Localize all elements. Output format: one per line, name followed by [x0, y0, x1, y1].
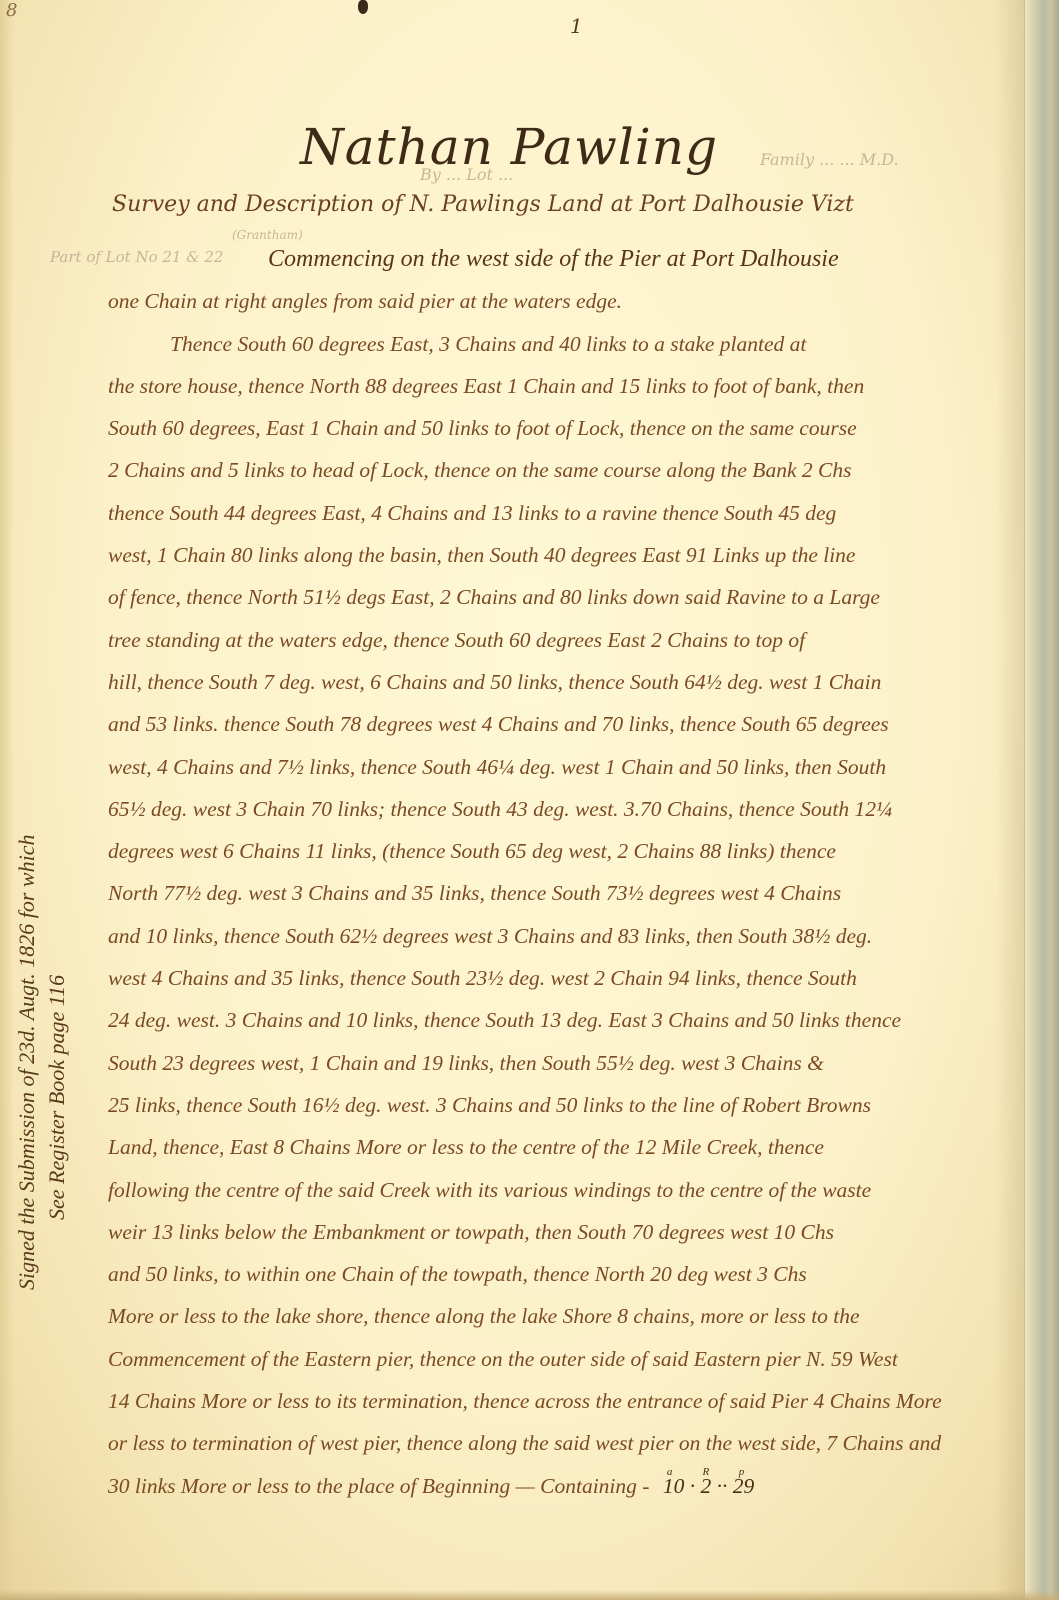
text-line: tree standing at the waters edge, thence…: [108, 619, 1008, 661]
acreage-value: a 10 · R 2 ·· p 29: [663, 1465, 754, 1507]
book-binding: [1024, 0, 1059, 1600]
roods-unit: R: [702, 1451, 709, 1493]
page-title: Nathan Pawling: [300, 118, 740, 176]
text-line: west 4 Chains and 35 links, thence South…: [108, 957, 1008, 999]
text-line: South 60 degrees, East 1 Chain and 50 li…: [108, 407, 1008, 449]
text-line: 65½ deg. west 3 Chain 70 links; thence S…: [108, 788, 1008, 830]
margin-note-line: Signed the Submission of 23d. Augt. 1826…: [12, 490, 42, 1290]
ink-blot: [358, 0, 368, 14]
text-line: 2 Chains and 5 links to head of Lock, th…: [108, 449, 1008, 491]
survey-heading: Survey and Description of N. Pawlings La…: [112, 192, 1002, 217]
text-line: Commencement of the Eastern pier, thence…: [108, 1338, 1008, 1380]
text-line-final: 30 links More or less to the place of Be…: [108, 1465, 1008, 1507]
text-line: Commencing on the west side of the Pier …: [108, 238, 1008, 280]
text-line: Land, thence, East 8 Chains More or less…: [108, 1126, 1008, 1168]
folio-mark: 8: [6, 0, 17, 21]
pencil-annotation: Family ... ... M.D.: [760, 150, 899, 169]
text-line: North 77½ deg. west 3 Chains and 35 link…: [108, 872, 1008, 914]
text-line: or less to termination of west pier, the…: [108, 1422, 1008, 1464]
text-line: 24 deg. west. 3 Chains and 10 links, the…: [108, 999, 1008, 1041]
text-line: 25 links, thence South 16½ deg. west. 3 …: [108, 1084, 1008, 1126]
text-line: and 10 links, thence South 62½ degrees w…: [108, 915, 1008, 957]
pencil-annotation: By ... Lot ...: [420, 165, 513, 184]
page-number: 1: [570, 14, 583, 38]
text-line: degrees west 6 Chains 11 links, (thence …: [108, 830, 1008, 872]
text-line: 30 links More or less to the place of Be…: [108, 1474, 649, 1498]
text-line: following the centre of the said Creek w…: [108, 1169, 1008, 1211]
text-line: hill, thence South 7 deg. west, 6 Chains…: [108, 661, 1008, 703]
text-line: west, 4 Chains and 7½ links, thence Sout…: [108, 746, 1008, 788]
text-line: thence South 44 degrees East, 4 Chains a…: [108, 492, 1008, 534]
text-line: of fence, thence North 51½ degs East, 2 …: [108, 576, 1008, 618]
text-line: 14 Chains More or less to its terminatio…: [108, 1380, 1008, 1422]
text-line: west, 1 Chain 80 links along the basin, …: [108, 534, 1008, 576]
text-line: and 53 links. thence South 78 degrees we…: [108, 703, 1008, 745]
text-line: one Chain at right angles from said pier…: [108, 280, 1008, 322]
text-line: weir 13 links below the Embankment or to…: [108, 1211, 1008, 1253]
text-line: More or less to the lake shore, thence a…: [108, 1295, 1008, 1337]
text-line: Thence South 60 degrees East, 3 Chains a…: [108, 323, 1008, 365]
margin-note-line: See Register Book page 116: [42, 490, 72, 1290]
perches-unit: p: [739, 1451, 745, 1493]
survey-description: Commencing on the west side of the Pier …: [108, 238, 1008, 1507]
text-line: and 50 links, to within one Chain of the…: [108, 1253, 1008, 1295]
page-bottom-edge: [0, 1590, 1059, 1600]
manuscript-page: 8 1 Nathan Pawling By ... Lot ... Family…: [0, 0, 1059, 1600]
margin-note: Signed the Submission of 23d. Augt. 1826…: [12, 490, 72, 1290]
acres-unit: a: [667, 1451, 673, 1493]
text-line: South 23 degrees west, 1 Chain and 19 li…: [108, 1042, 1008, 1084]
text-line: the store house, thence North 88 degrees…: [108, 365, 1008, 407]
